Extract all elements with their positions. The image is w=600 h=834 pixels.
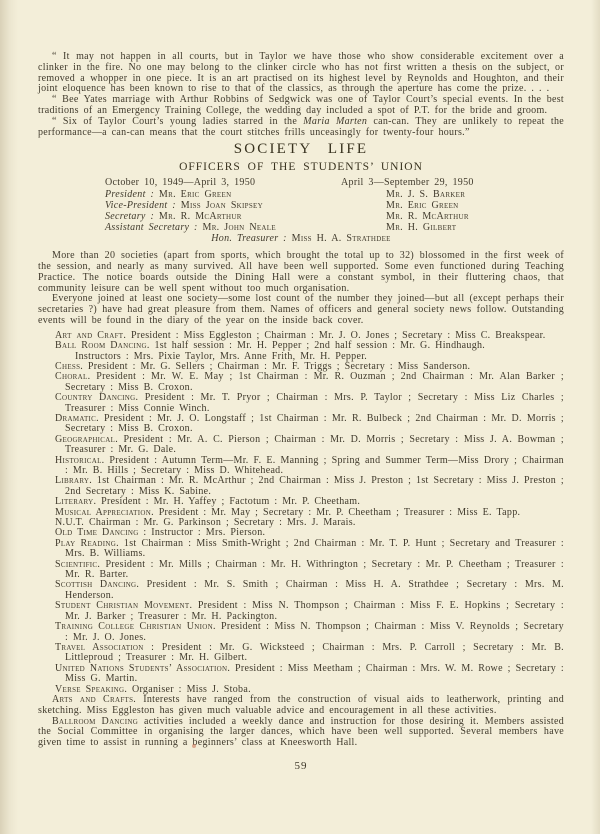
society-entry: Library. 1st Chairman : Mr. R. McArthur … [55, 476, 564, 497]
society-note-paragraph: Ballroom Dancing activities included a w… [38, 717, 564, 749]
society-entry: Student Christian Movement. President : … [55, 601, 564, 622]
officer-role-label: Secretary : [105, 211, 154, 222]
society-officers-text: President : Mr. May ; Secretary : Mr. P.… [159, 507, 521, 518]
treasurer-row: Hon. Treasurer : Miss H. A. Strathdee [38, 234, 564, 245]
society-officers-text: President : Mr. G. Sellers ; Chairman : … [88, 361, 470, 372]
page-number: 59 [38, 761, 564, 772]
officer-name-second-term: Mr. R. McArthur [386, 212, 469, 223]
overview-block: More than 20 societies (apart from sport… [38, 251, 564, 327]
court-quotes-block: “ It may not happen in all courts, but i… [38, 52, 564, 138]
society-officers-text: 1st half session : Mr. H. Pepper ; 2nd h… [154, 340, 485, 351]
society-entry: Training College Christian Union. Presid… [55, 622, 564, 643]
society-name: Musical Appreciation. [55, 507, 154, 518]
society-entry: Play Reading. 1st Chairman : Miss Smith-… [55, 539, 564, 560]
term-dates-first: October 10, 1949—April 3, 1950 [105, 178, 341, 189]
society-name: Choral. [55, 371, 90, 382]
overview-paragraph-2: Everyone joined at least one society—som… [38, 294, 564, 326]
society-list: Art and Craft. President : Miss Egglesto… [55, 331, 564, 695]
officer-role-label: President : [105, 189, 154, 200]
quote-paragraph-3: “ Six of Taylor Court’s young ladies sta… [38, 117, 564, 139]
society-name: Verse Speaking. [55, 684, 127, 695]
officer-name-first-term: Mr. Eric Green [159, 189, 232, 200]
officers-heading: OFFICERS OF THE STUDENTS’ UNION [38, 161, 564, 173]
society-name: Old Time Dancing : [55, 527, 146, 538]
society-name: Travel Association : [55, 642, 154, 653]
society-name: Chess. [55, 361, 83, 372]
society-entry: Travel Association : President : Mr. G. … [55, 643, 564, 664]
society-name: Geographical. [55, 434, 118, 445]
society-name: United Nations Students’ Association. [55, 663, 230, 674]
term-dates-second: April 3—September 29, 1950 [341, 178, 474, 189]
treasurer-role-label: Hon. Treasurer : [211, 233, 287, 244]
society-notes-block: Arts and Crafts. Interests have ranged f… [38, 695, 564, 749]
society-officers-text: President : Mr. A. C. Pierson ; Chairman… [65, 434, 564, 455]
society-entry: Ball Room Dancing. 1st half session : Mr… [55, 341, 564, 362]
society-name: Play Reading. [55, 538, 119, 549]
society-entry: Historical. President : Autumn Term—Mr. … [55, 456, 564, 477]
society-officers-text: President : Mr. H. Yaffey ; Factotum : M… [101, 496, 360, 507]
society-note-paragraph: Arts and Crafts. Interests have ranged f… [38, 695, 564, 717]
society-officers-text: 1st Chairman : Miss Smith-Wright ; 2nd C… [65, 538, 564, 559]
society-entry: Country Dancing. President : Mr. T. Pryo… [55, 393, 564, 414]
society-name: N.U.T. [55, 517, 84, 528]
society-name: Ballroom Dancing [52, 716, 138, 727]
society-entry: Geographical. President : Mr. A. C. Pier… [55, 435, 564, 456]
society-entry: United Nations Students’ Association. Pr… [55, 664, 564, 685]
society-name: Ball Room Dancing. [55, 340, 150, 351]
society-officers-text: Chairman : Mr. G. Parkinson ; Secretary … [89, 517, 356, 528]
society-name: Training College Christian Union. [55, 621, 216, 632]
officer-role-label: Vice-President : [105, 200, 176, 211]
society-officers-text: President : Autumn Term—Mr. F. E. Mannin… [65, 455, 564, 476]
officer-name-second-term: Mr. H. Gilbert [386, 223, 456, 234]
officer-name-first-term: Mr. John Neale [203, 222, 276, 233]
society-officers-text: President : Mr. Mills ; Chairman : Mr. H… [65, 559, 564, 580]
society-name: Art and Craft. [55, 330, 126, 341]
society-name: Scientific. [55, 559, 100, 570]
page-title: SOCIETY LIFE [38, 142, 564, 157]
society-name: Historical. [55, 455, 104, 466]
officer-name-first-term: Mr. R. McArthur [159, 211, 242, 222]
society-entry: Dramatic. President : Mr. J. O. Longstaf… [55, 414, 564, 435]
society-entry: Choral. President : Mr. W. E. May ; 1st … [55, 372, 564, 393]
society-officers-text: President : Mr. S. Smith ; Chairman : Mi… [65, 579, 564, 600]
society-name: Library. [55, 475, 92, 486]
society-officers-text: Organiser : Miss J. Stoba. [132, 684, 251, 695]
society-name: Dramatic. [55, 413, 99, 424]
society-name: Student Christian Movement. [55, 600, 192, 611]
society-officers-text: President : Mr. T. Pryor ; Chairman : Mr… [65, 392, 564, 413]
officers-table: President : Mr. Eric Green Mr. J. S. Bar… [105, 190, 564, 233]
book-page: “ It may not happen in all courts, but i… [0, 0, 600, 834]
treasurer-name: Miss H. A. Strathdee [292, 233, 391, 244]
officer-role-label: Assistant Secretary : [105, 222, 198, 233]
overview-paragraph-1: More than 20 societies (apart from sport… [38, 251, 564, 294]
quote-paragraph-1: “ It may not happen in all courts, but i… [38, 52, 564, 95]
quote-3-text: “ Six of Taylor Court’s young ladies sta… [52, 116, 303, 127]
society-name: Arts and Crafts. [52, 694, 136, 705]
society-officers-text: Instructor : Mrs. Pierson. [151, 527, 265, 538]
society-officers-text: President : Mr. J. O. Longstaff ; 1st Ch… [65, 413, 564, 434]
society-entry: Scottish Dancing. President : Mr. S. Smi… [55, 580, 564, 601]
officer-row: Assistant Secretary : Mr. John Neale Mr.… [105, 223, 564, 234]
officer-name-first-term: Miss Joan Skipsey [181, 200, 263, 211]
play-title-italic: Maria Marten [303, 116, 367, 127]
term-dates-row: October 10, 1949—April 3, 1950 April 3—S… [105, 178, 564, 189]
society-officers-text: President : Mr. W. E. May ; 1st Chairman… [65, 371, 564, 392]
society-name: Literary. [55, 496, 96, 507]
paper-speck [192, 744, 196, 748]
officer-first-term-cell: Assistant Secretary : Mr. John Neale [105, 223, 386, 234]
society-officers-text: 1st Chairman : Mr. R. McArthur ; 2nd Cha… [65, 475, 564, 496]
society-name: Country Dancing. [55, 392, 138, 403]
quote-paragraph-2: “ Bee Yates marriage with Arthur Robbins… [38, 95, 564, 117]
society-name: Scottish Dancing. [55, 579, 139, 590]
society-entry: Scientific. President : Mr. Mills ; Chai… [55, 560, 564, 581]
society-officers-text: President : Miss Eggleston ; Chairman : … [131, 330, 546, 341]
